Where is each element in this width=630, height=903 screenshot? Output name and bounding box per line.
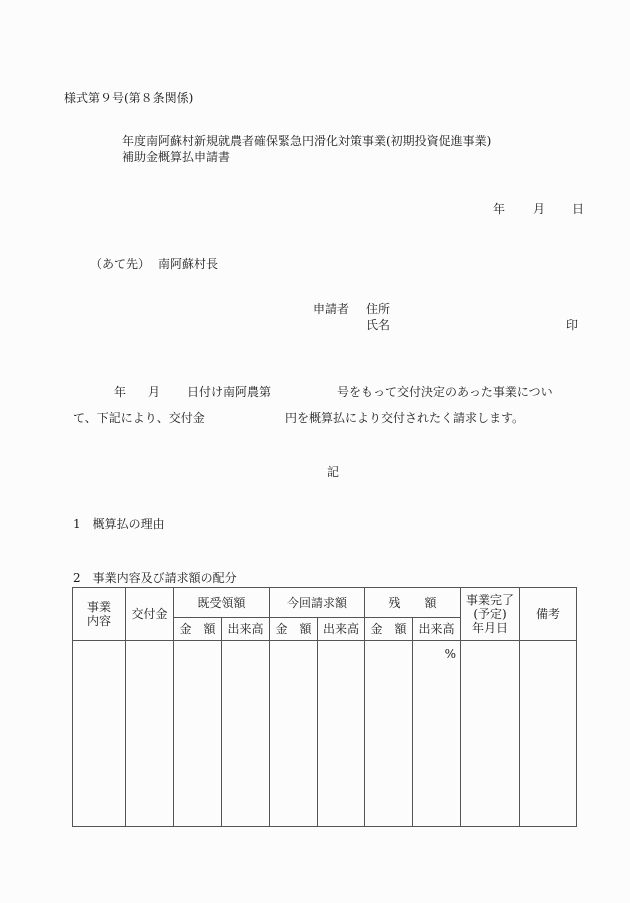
applicant-address-label: 住所 [366,302,390,316]
sub-received-progress: 出来高 [222,618,270,641]
header-content: 事業 内容 [73,588,126,641]
sub-remaining-amount: 金 額 [365,618,413,641]
date-day: 日 [572,202,584,216]
body-month: 月 [148,385,160,399]
allocation-table: 事業 内容 交付金 既受領額 今回請求額 残 額 事業完了 (予定) 年月日 備… [72,587,577,827]
header-completion-l3: 年月日 [461,621,519,635]
cell-received-progress[interactable] [222,641,270,827]
header-received: 既受領額 [174,588,270,618]
cell-remaining-progress[interactable]: % [413,641,461,827]
applicant-name-label: 氏名 [366,318,390,332]
section-1-heading: 1 概算払の理由 [73,517,165,531]
body-line1-a: 日付け南阿農第 [187,385,271,399]
body-year: 年 [114,385,126,399]
header-completion-l2: (予定) [461,607,519,621]
addressee-label: （あて先） [90,257,150,271]
cell-completion-date[interactable] [461,641,520,827]
header-remaining: 残 額 [365,588,461,618]
date-month: 月 [533,202,545,216]
sub-remaining-progress: 出来高 [413,618,461,641]
cell-remaining-amount[interactable] [365,641,413,827]
header-grant: 交付金 [126,588,174,641]
date-year: 年 [493,202,505,216]
cell-grant[interactable] [126,641,174,827]
header-current: 今回請求額 [270,588,365,618]
body-line1-b: 号をもって交付決定のあった事業につい [337,385,553,399]
sub-received-amount: 金 額 [174,618,222,641]
header-content-l1: 事業 [73,600,125,614]
header-content-l2: 内容 [73,614,125,628]
seal-mark: 印 [566,318,578,332]
cell-content[interactable] [73,641,126,827]
table-row: % [73,641,577,827]
sub-current-amount: 金 額 [270,618,318,641]
ki-heading: 記 [327,465,339,479]
body-line2-a: て、下記により、交付金 [73,411,205,425]
header-completion: 事業完了 (予定) 年月日 [461,588,520,641]
title-line-1: 年度南阿蘇村新規就農者確保緊急円滑化対策事業(初期投資促進事業) [122,134,491,148]
header-remarks: 備考 [520,588,577,641]
form-number: 様式第９号(第８条関係) [64,91,193,105]
applicant-label: 申請者 [313,302,349,316]
addressee-name: 南阿蘇村長 [158,257,218,271]
body-line2-b: 円を概算払により交付されたく請求します。 [285,411,524,425]
cell-remarks[interactable] [520,641,577,827]
sub-current-progress: 出来高 [318,618,365,641]
header-completion-l1: 事業完了 [461,593,519,607]
section-2-heading: 2 事業内容及び請求額の配分 [73,571,237,585]
cell-current-amount[interactable] [270,641,318,827]
cell-received-amount[interactable] [174,641,222,827]
title-line-2: 補助金概算払申請書 [122,150,230,164]
cell-current-progress[interactable] [318,641,365,827]
